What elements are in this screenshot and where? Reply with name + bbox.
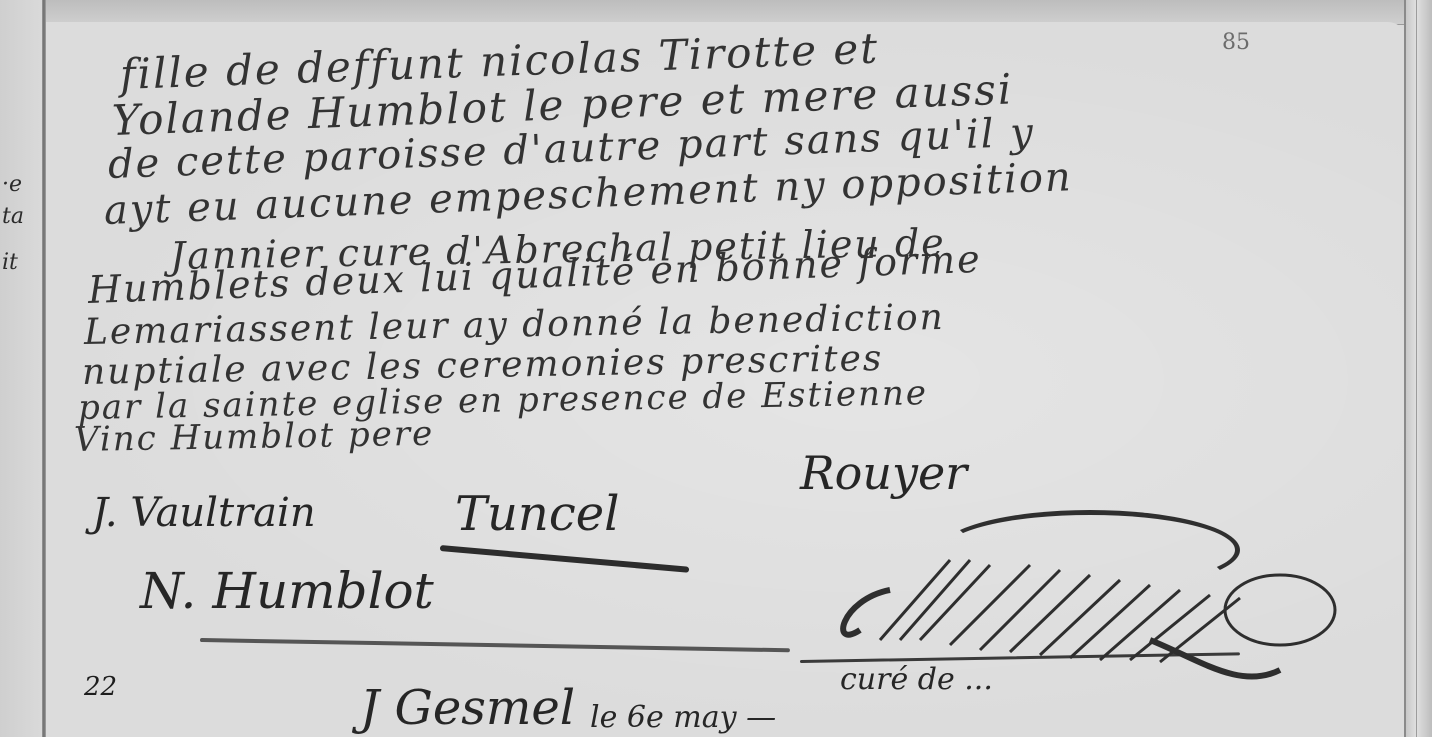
- margin-entry-number: 22: [84, 672, 117, 702]
- facing-page: ·e ta it: [0, 0, 44, 737]
- margin-fragment: it: [2, 248, 42, 278]
- margin-fragment: ·e: [2, 170, 42, 200]
- next-entry-fragment: le 6e may —: [590, 700, 776, 735]
- page-edge: [1404, 0, 1432, 737]
- signature: Tuncel: [455, 486, 619, 542]
- signature: J. Vaultrain: [92, 490, 316, 536]
- signature: N. Humblot: [140, 562, 434, 620]
- scrawled-signature: [820, 540, 1380, 700]
- scanned-document: ·e ta it 85 fille de deffunt nicolas Tir…: [0, 0, 1432, 737]
- text-line: Vinc Humblot pere: [74, 414, 435, 460]
- signature: Rouyer: [800, 446, 967, 500]
- signature: J Gesmel: [360, 680, 575, 736]
- margin-fragment: ta: [2, 202, 42, 232]
- page-number: 85: [1222, 30, 1250, 55]
